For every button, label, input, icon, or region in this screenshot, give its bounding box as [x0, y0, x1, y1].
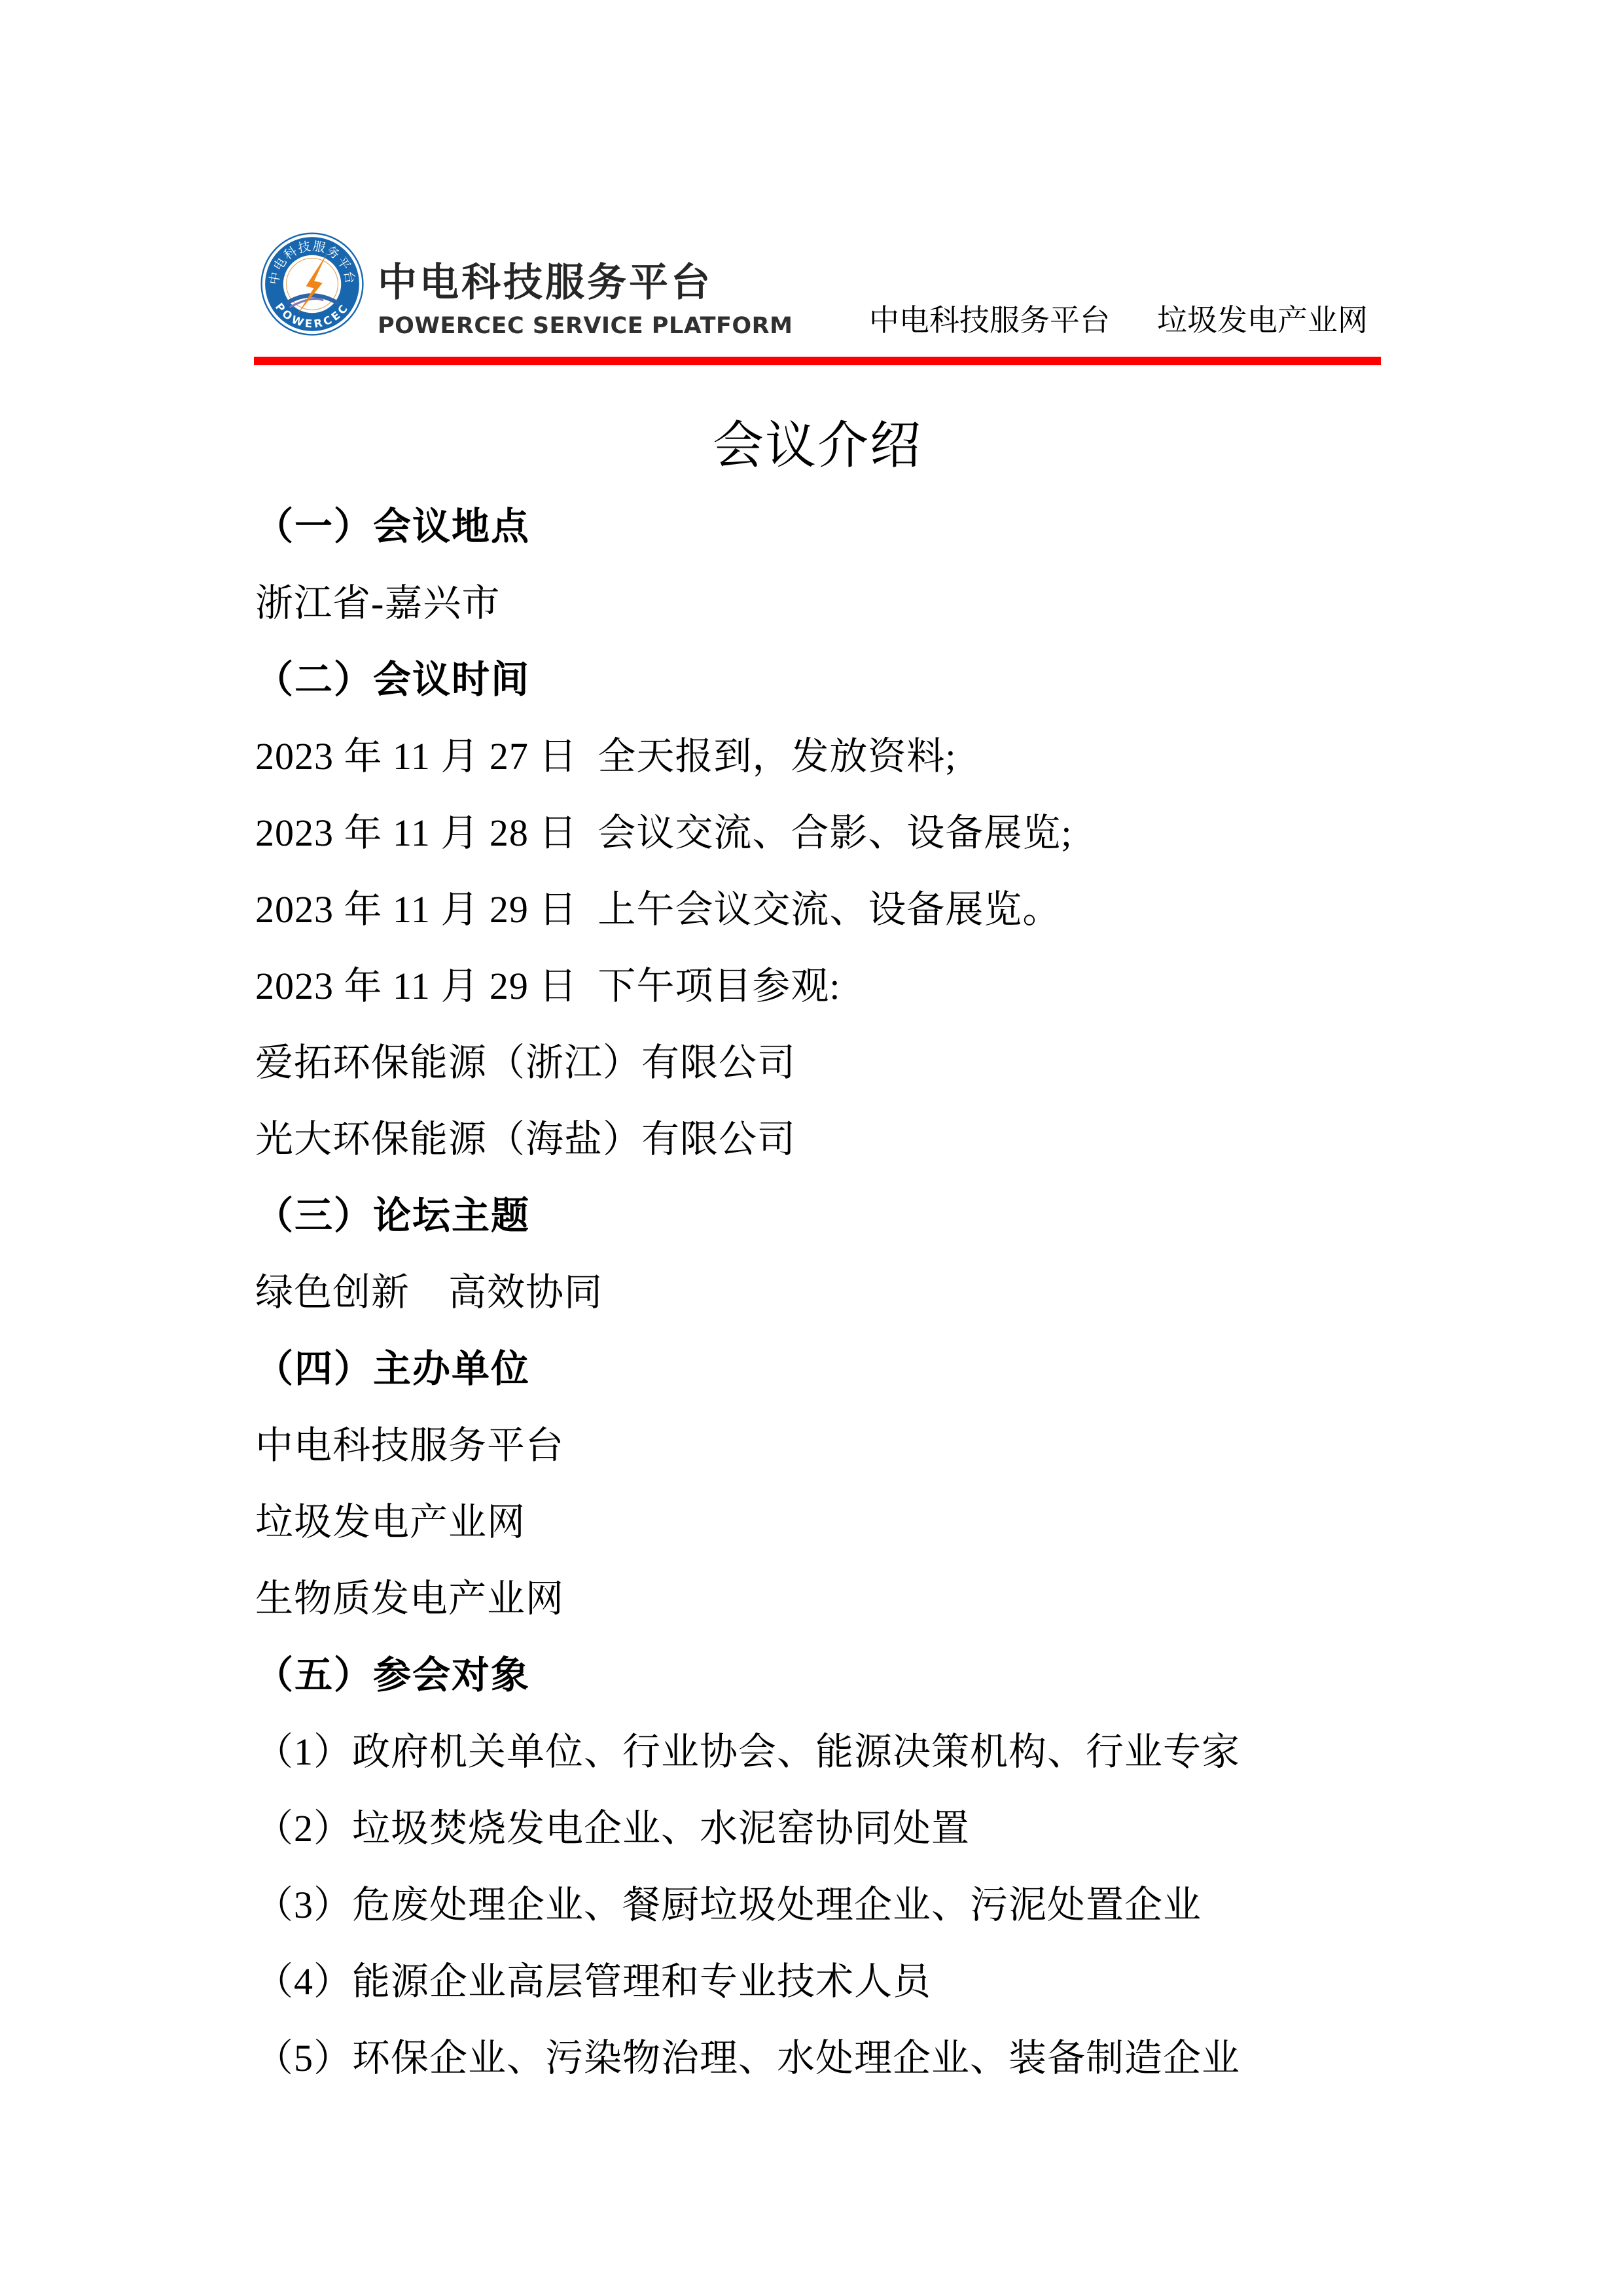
body-line: 2023 年 11 月 28 日 会议交流、合影、设备展览;: [255, 795, 1407, 871]
body-line: 2023 年 11 月 29 日 下午项目参观:: [255, 948, 1407, 1024]
body-line: （1）政府机关单位、行业协会、能源决策机构、行业专家: [255, 1713, 1407, 1790]
section-heading: （五）参会对象: [255, 1637, 1407, 1713]
document-body: （一）会议地点浙江省-嘉兴市（二）会议时间2023 年 11 月 27 日 全天…: [255, 488, 1407, 2096]
body-line: （5）环保企业、污染物治理、水处理企业、装备制造企业: [255, 2020, 1407, 2096]
logo-badge-icon: 中电科技服务平台 POWERCEC: [260, 232, 364, 336]
section-heading: （三）论坛主题: [255, 1177, 1407, 1254]
body-line: 2023 年 11 月 29 日 上午会议交流、设备展览。: [255, 871, 1407, 948]
body-line: 绿色创新 高效协同: [255, 1254, 1407, 1331]
section-heading: （一）会议地点: [255, 488, 1407, 565]
header-rule: [254, 357, 1381, 365]
header-right: 中电科技服务平台 垃圾发电产业网: [869, 303, 1368, 338]
body-line: （3）危废处理企业、餐厨垃圾处理企业、污泥处置企业: [255, 1867, 1407, 1943]
page-title: 会议介绍: [254, 407, 1381, 484]
section-heading: （二）会议时间: [255, 641, 1407, 718]
body-line: 爱拓环保能源（浙江）有限公司: [255, 1024, 1407, 1101]
document-page: 中电科技服务平台 POWERCEC 中电科技服务平台 POWERCEC SERV…: [0, 0, 1623, 2296]
body-line: 2023 年 11 月 27 日 全天报到，发放资料;: [255, 718, 1407, 795]
logo: 中电科技服务平台 POWERCEC SERVICE PLATFORM: [378, 262, 793, 338]
body-line: 生物质发电产业网: [255, 1560, 1407, 1637]
logo-wordmark-en: POWERCEC SERVICE PLATFORM: [378, 314, 793, 338]
body-line: （2）垃圾焚烧发电企业、水泥窑协同处置: [255, 1790, 1407, 1867]
body-line: （4）能源企业高层管理和专业技术人员: [255, 1943, 1407, 2020]
section-heading: （四）主办单位: [255, 1331, 1407, 1407]
body-line: 垃圾发电产业网: [255, 1484, 1407, 1560]
header-right-platform: 中电科技服务平台: [869, 303, 1110, 338]
body-line: 光大环保能源（海盐）有限公司: [255, 1101, 1407, 1177]
body-line: 浙江省-嘉兴市: [255, 565, 1407, 641]
body-line: 中电科技服务平台: [255, 1407, 1407, 1484]
logo-wordmark-cn: 中电科技服务平台: [378, 262, 793, 304]
header-right-industry-net: 垃圾发电产业网: [1157, 303, 1368, 338]
